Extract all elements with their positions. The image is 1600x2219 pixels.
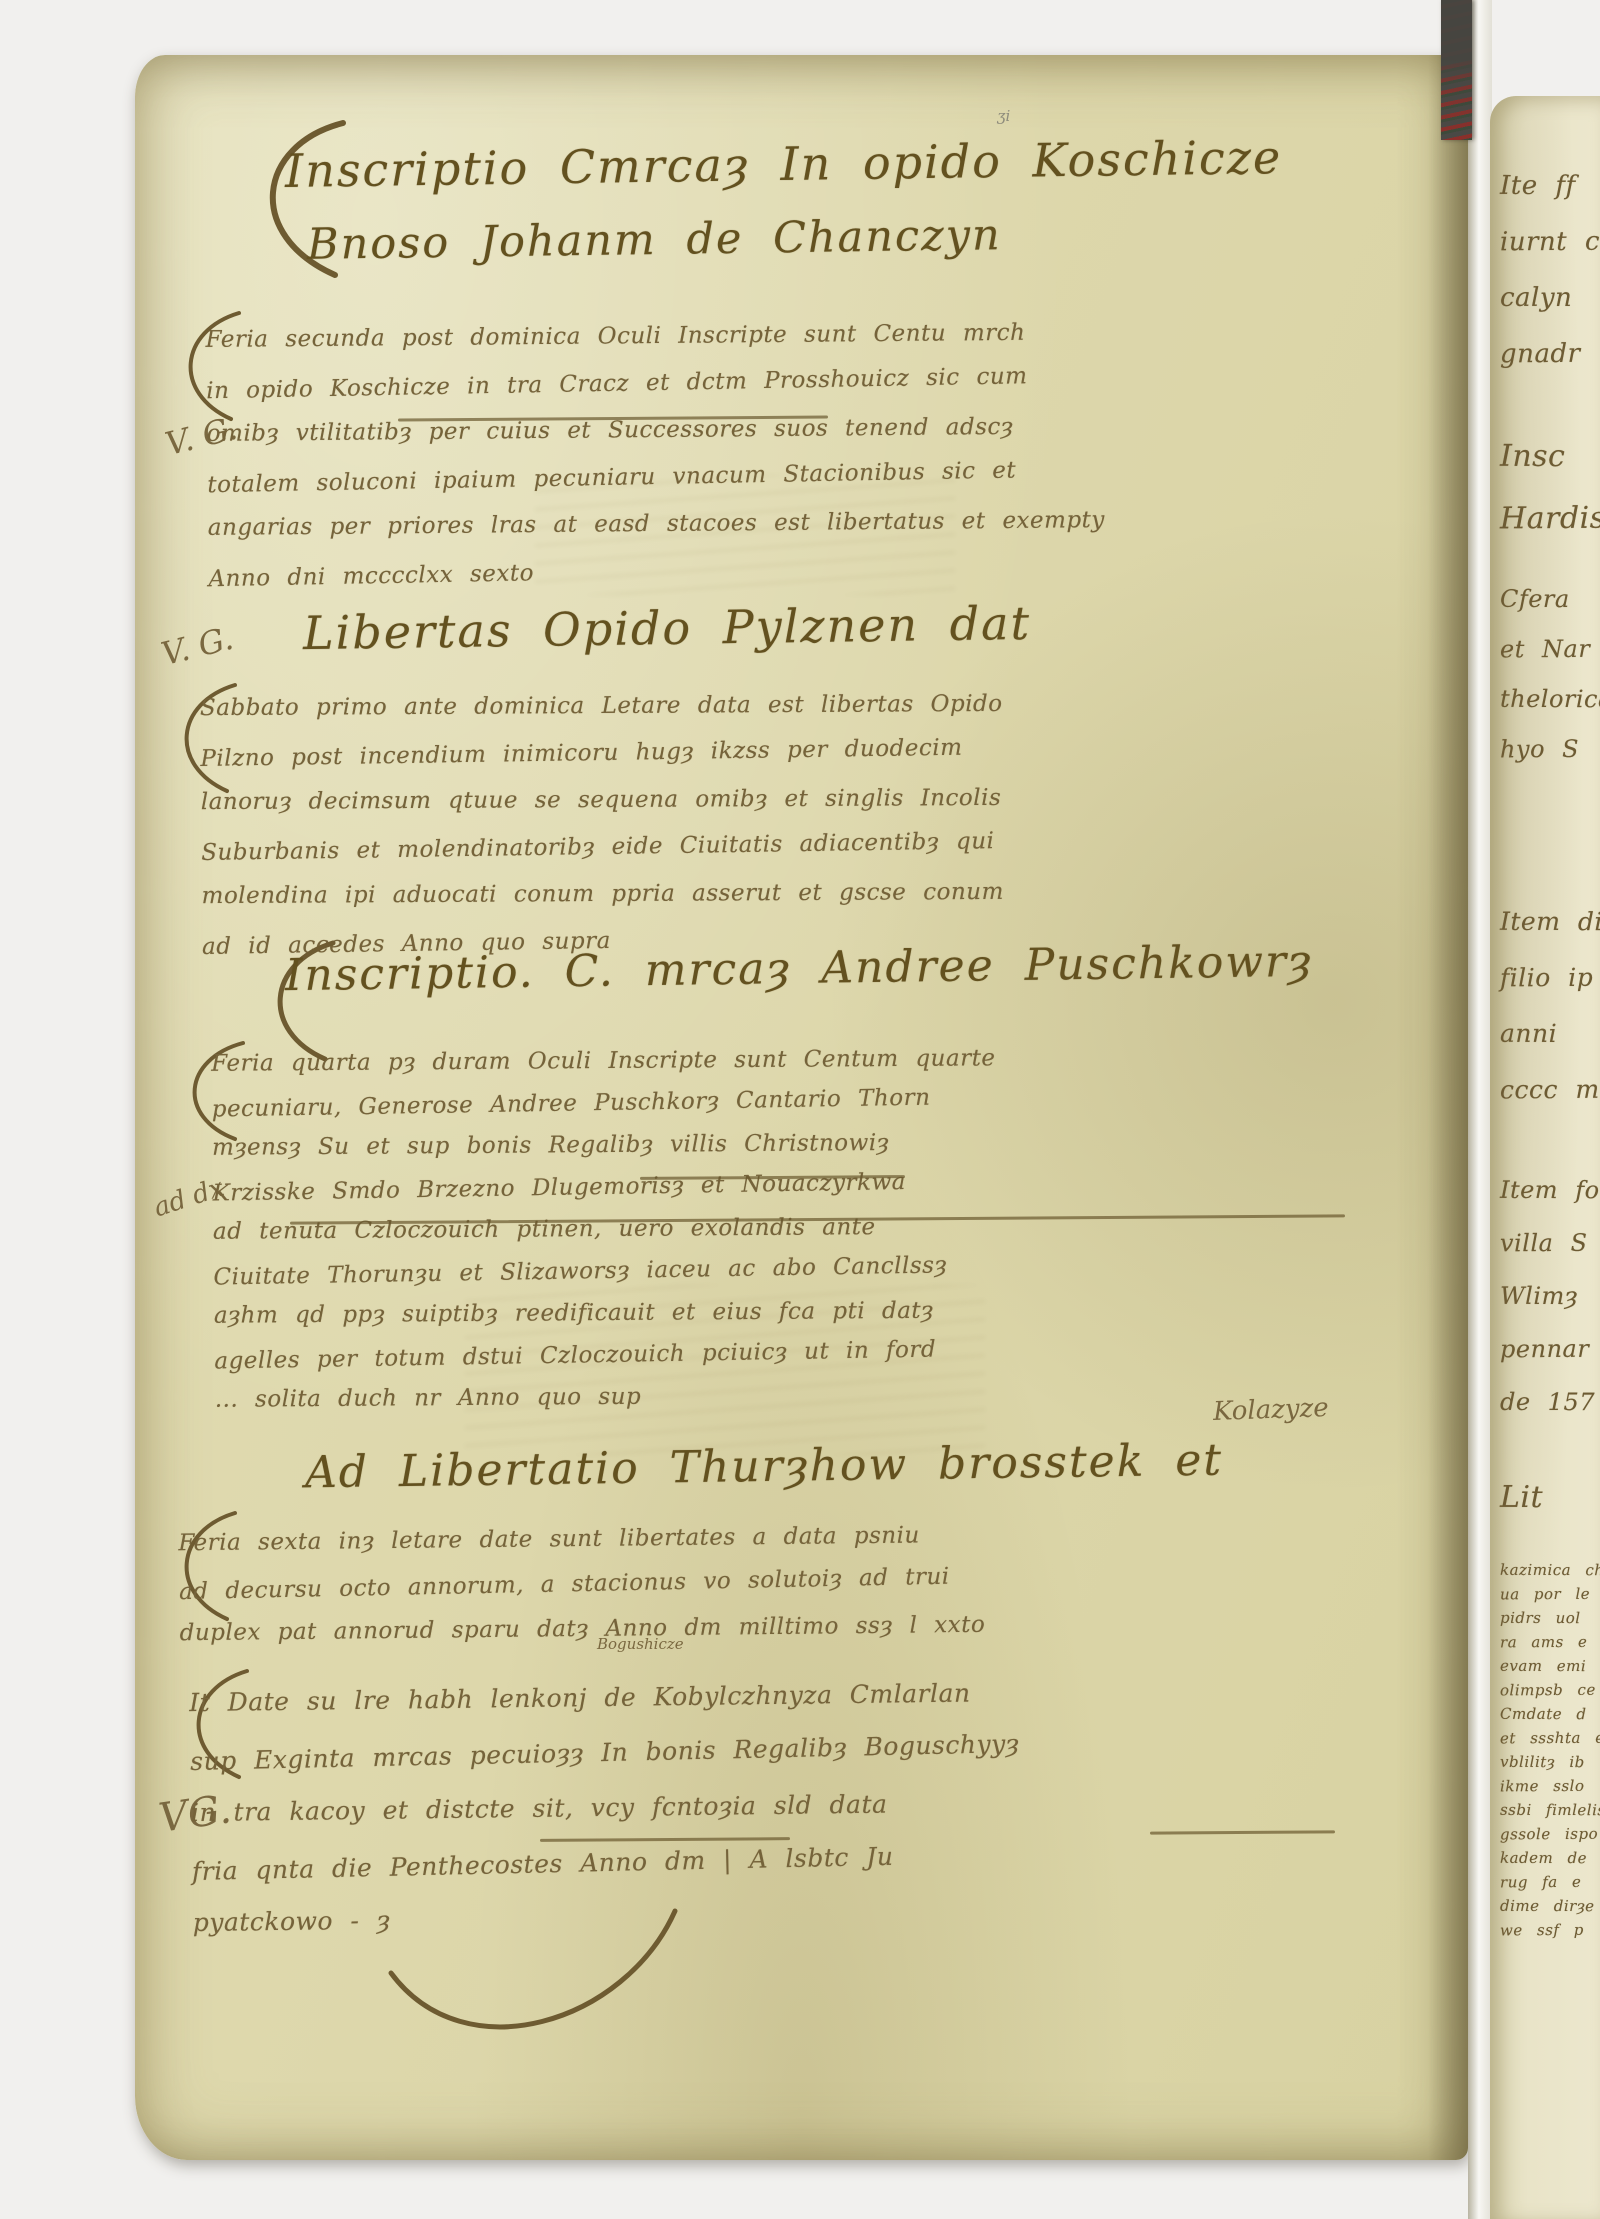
facing-text-line: Item die <box>1500 894 1600 950</box>
folio-pencil-mark: ʒi <box>997 107 1010 125</box>
bookmark-ribbon <box>1441 0 1472 140</box>
manuscript-page: ʒi Inscriptio Cmrcaȝ In opido Koschicze … <box>135 55 1468 2160</box>
manuscript-text-line: ... solita duch nr Anno quo sup <box>215 1373 1000 1420</box>
facing-text-line: et ssshta e <box>1500 1726 1600 1751</box>
facing-text-line: Insc <box>1500 426 1600 488</box>
facing-text-line: anni <box>1500 1006 1600 1062</box>
manuscript-text-line: duplex pat annorud sparu datȝ Anno dm mi… <box>179 1603 985 1656</box>
facing-text-line: dime dirȝe <box>1500 1894 1600 1918</box>
manuscript-text-line: molendina ipi aduocati conum ppria asser… <box>201 869 1004 920</box>
facing-text-group: Cferaet Nartheloricahyo S <box>1500 574 1600 774</box>
manuscript-text-line: pyatckowo - ȝ <box>192 1885 1022 1950</box>
entry-body: Feria secunda post dominica Oculi Inscri… <box>205 308 1105 601</box>
facing-text-line: we ssf p <box>1500 1918 1600 1943</box>
entry-heading: Ad Libertatio Thurȝhow brosstek et <box>305 1435 1224 1499</box>
facing-text-line: hyo S <box>1500 724 1600 775</box>
entry-heading: Inscriptio Cmrcaȝ In opido Koschicze <box>285 130 1283 198</box>
facing-text-line: evam emi <box>1500 1654 1600 1678</box>
facing-text-line: Hardisl <box>1500 488 1600 551</box>
facing-text-line: Lit <box>1500 1478 1543 1518</box>
facing-text-line: pidrs uol <box>1500 1606 1600 1630</box>
facing-text-line: iurnt c <box>1500 214 1600 271</box>
facing-text-group: kazimica chua por lepidrs uolra ams eeva… <box>1500 1558 1600 1942</box>
facing-text-line: kadem de e <box>1500 1846 1600 1870</box>
interlinear-note: Bogushicze <box>597 1635 684 1653</box>
facing-text-line: vblilitȝ ib <box>1500 1750 1600 1774</box>
entry-body: It Date su lre habh lenkonj de Kobylczhn… <box>189 1664 1022 1952</box>
facing-text-group: Lit <box>1500 1478 1543 1518</box>
entry-heading: Libertas Opido Pylznen dat <box>303 596 1032 660</box>
facing-text-group: Item fovilla SWlimȝpennarde 157 <box>1500 1164 1600 1429</box>
facing-text-line: de 157 <box>1500 1376 1600 1429</box>
facing-text-line: cccc mo <box>1500 1062 1600 1119</box>
facing-text-line: Item fo <box>1500 1164 1600 1217</box>
margin-note: Kolazyze <box>1213 1393 1330 1427</box>
facing-text-line: pennar <box>1500 1323 1600 1377</box>
entry-body: Feria sexta inȝ letare date sunt liberta… <box>178 1511 985 1657</box>
facing-text-line: villa S <box>1500 1217 1600 1271</box>
facing-text-line: Cfera <box>1500 574 1600 624</box>
facing-text-line: ra ams e <box>1500 1630 1600 1655</box>
facing-page: Ite ffiurnt ccalyngnadr InscHardisl Cfer… <box>1490 96 1600 2219</box>
facing-text-line: rug fa e <box>1500 1870 1600 1895</box>
facing-text-line: thelorica <box>1500 674 1600 724</box>
facing-text-line: filio ip <box>1500 950 1600 1007</box>
facing-text-line: gssole ispo <box>1500 1822 1600 1847</box>
facing-text-line: calyn <box>1500 270 1600 326</box>
entry-body: Feria quarta pȝ duram Oculi Inscripte su… <box>211 1036 999 1422</box>
facing-text-line: gnadr <box>1500 326 1600 383</box>
ink-underline <box>1150 1830 1335 1834</box>
facing-text-line: et Nar <box>1500 624 1600 675</box>
page-edge <box>1468 0 1492 2219</box>
facing-text-line: Cmdate d <box>1500 1702 1600 1726</box>
margin-note: V. G. <box>157 619 236 673</box>
facing-text-line: ua por le <box>1500 1582 1600 1607</box>
facing-text-line: ikme sslo <box>1500 1774 1600 1799</box>
manuscript-text-line: Sabbato primo ante dominica Letare data … <box>200 681 1003 732</box>
facing-text-group: Item diefilio ipannicccc mo <box>1500 894 1600 1118</box>
facing-text-line: ssbi fimlelis <box>1500 1798 1600 1822</box>
facing-text-line: olimpsb ce <box>1500 1678 1600 1703</box>
facing-text-line: Wlimȝ <box>1500 1270 1600 1323</box>
facing-text-line: kazimica ch <box>1500 1558 1600 1582</box>
entry-heading: Bnoso Johanm de Chanczyn <box>307 210 1002 270</box>
entry-body: Sabbato primo ante dominica Letare data … <box>200 680 1005 969</box>
manuscript-text-line: Suburbanis et molendinatoribȝ eide Ciuit… <box>201 818 1004 877</box>
facing-text-group: Ite ffiurnt ccalyngnadr <box>1500 158 1600 382</box>
facing-text-group: InscHardisl <box>1500 426 1600 550</box>
manuscript-text-line: Pilzno post incendium inimicoru hugȝ ikz… <box>200 724 1003 783</box>
manuscript-scan: ʒi Inscriptio Cmrcaȝ In opido Koschicze … <box>0 0 1600 2219</box>
manuscript-text-line: lanoruȝ decimsum qtuue se sequena omibȝ … <box>201 775 1004 826</box>
facing-text-line: Ite ff <box>1500 158 1600 214</box>
